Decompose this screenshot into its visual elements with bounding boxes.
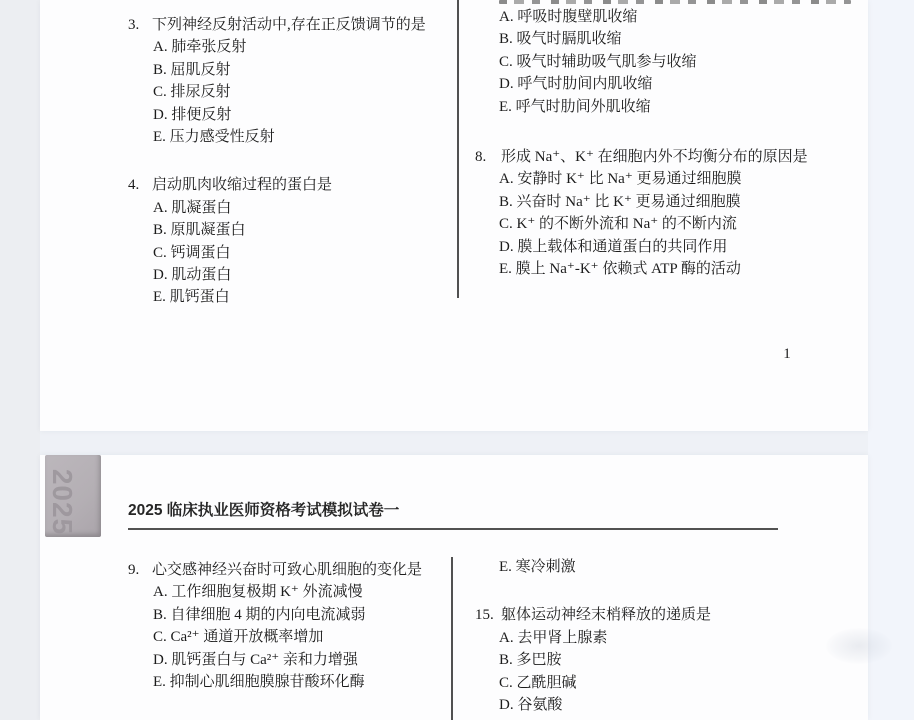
option-item: D. 呼气时肋间内肌收缩	[475, 73, 865, 95]
option-item: A. 肺牵张反射	[128, 36, 450, 58]
background-left-strip	[0, 0, 40, 720]
question-stem: 形成 Na⁺、K⁺ 在细胞内外不均衡分布的原因是	[501, 146, 853, 168]
option-item: A. 呼吸时腹壁肌收缩	[475, 6, 865, 28]
question-stem: 下列神经反射活动中,存在正反馈调节的是	[152, 14, 450, 36]
question-stem-row: 8. 形成 Na⁺、K⁺ 在细胞内外不均衡分布的原因是	[475, 146, 865, 168]
option-item: C. 钙调蛋白	[128, 242, 450, 264]
option-item: B. 原肌凝蛋白	[128, 219, 450, 241]
page2-header-title: 2025 临床执业医师资格考试模拟试卷一	[128, 501, 778, 521]
option-item: B. 多巴胺	[475, 649, 867, 671]
column-divider-page1	[457, 0, 459, 298]
page-number: 1	[775, 346, 799, 363]
page1-right-column: A. 呼吸时腹壁肌收缩 B. 吸气时膈肌收缩 C. 吸气时辅助吸气肌参与收缩 D…	[475, 6, 865, 280]
question-stem-row: 15. 躯体运动神经末梢释放的递质是	[475, 604, 867, 626]
question-4: 4. 启动肌肉收缩过程的蛋白是 A. 肌凝蛋白 B. 原肌凝蛋白 C. 钙调蛋白…	[128, 174, 450, 308]
option-item: B. 自律细胞 4 期的内向电流减弱	[128, 604, 450, 626]
option-item: D. 谷氨酸	[475, 694, 867, 716]
option-item: E. 压力感受性反射	[128, 126, 450, 148]
option-item: E. 抑制心肌细胞膜腺苷酸环化酶	[128, 671, 450, 693]
option-item: B. 兴奋时 Na⁺ 比 K⁺ 更易通过细胞膜	[475, 191, 865, 213]
option-item: A. 去甲肾上腺素	[475, 627, 867, 649]
option-item: D. 排便反射	[128, 104, 450, 126]
question-number: 9.	[128, 559, 146, 581]
question-number: 15.	[475, 604, 497, 626]
option-item: E. 呼气时肋间外肌收缩	[475, 96, 865, 118]
question-stem: 启动肌肉收缩过程的蛋白是	[152, 174, 450, 196]
page2-right-column: E. 寒冷刺激 15. 躯体运动神经末梢释放的递质是 A. 去甲肾上腺素 B. …	[475, 556, 867, 716]
option-item: A. 工作细胞复极期 K⁺ 外流减慢	[128, 581, 450, 603]
question-stem: 躯体运动神经末梢释放的递质是	[501, 604, 867, 626]
question-stem-row: 3. 下列神经反射活动中,存在正反馈调节的是	[128, 14, 450, 36]
question-number: 3.	[128, 14, 146, 36]
option-item: A. 肌凝蛋白	[128, 197, 450, 219]
question-8: 8. 形成 Na⁺、K⁺ 在细胞内外不均衡分布的原因是 A. 安静时 K⁺ 比 …	[475, 146, 865, 280]
scanned-exam-view: 3. 下列神经反射活动中,存在正反馈调节的是 A. 肺牵张反射 B. 屈肌反射 …	[0, 0, 914, 720]
year-side-tab: 2025	[45, 455, 101, 537]
option-item: D. 肌钙蛋白与 Ca²⁺ 亲和力增强	[128, 649, 450, 671]
header-rule	[128, 528, 778, 530]
option-item: C. Ca²⁺ 通道开放概率增加	[128, 626, 450, 648]
question-number: 8.	[475, 146, 497, 168]
question-stem: 心交感神经兴奋时可致心肌细胞的变化是	[152, 559, 450, 581]
option-item: C. 吸气时辅助吸气肌参与收缩	[475, 51, 865, 73]
side-tab-label: 2025	[46, 469, 78, 535]
page1-left-column: 3. 下列神经反射活动中,存在正反馈调节的是 A. 肺牵张反射 B. 屈肌反射 …	[128, 14, 450, 309]
option-item: E. 膜上 Na⁺-K⁺ 依赖式 ATP 酶的活动	[475, 258, 865, 280]
question-14-last-option: E. 寒冷刺激	[475, 556, 867, 578]
option-item: D. 肌动蛋白	[128, 264, 450, 286]
option-item: E. 肌钙蛋白	[128, 286, 450, 308]
question-9: 9. 心交感神经兴奋时可致心肌细胞的变化是 A. 工作细胞复极期 K⁺ 外流减慢…	[128, 559, 450, 693]
option-item: A. 安静时 K⁺ 比 Na⁺ 更易通过细胞膜	[475, 168, 865, 190]
option-item: B. 屈肌反射	[128, 59, 450, 81]
question-7-options: A. 呼吸时腹壁肌收缩 B. 吸气时膈肌收缩 C. 吸气时辅助吸气肌参与收缩 D…	[475, 6, 865, 118]
option-item: C. 排尿反射	[128, 81, 450, 103]
question-stem-row: 9. 心交感神经兴奋时可致心肌细胞的变化是	[128, 559, 450, 581]
question-stem-row: 4. 启动肌肉收缩过程的蛋白是	[128, 174, 450, 196]
faint-watermark	[826, 628, 892, 664]
column-divider-page2	[451, 557, 453, 720]
option-item: E. 寒冷刺激	[475, 556, 867, 578]
option-item: C. K⁺ 的不断外流和 Na⁺ 的不断内流	[475, 213, 865, 235]
question-15: 15. 躯体运动神经末梢释放的递质是 A. 去甲肾上腺素 B. 多巴胺 C. 乙…	[475, 604, 867, 716]
option-item: D. 膜上载体和通道蛋白的共同作用	[475, 236, 865, 258]
question-number: 4.	[128, 174, 146, 196]
option-item: C. 乙酰胆碱	[475, 672, 867, 694]
question-3: 3. 下列神经反射活动中,存在正反馈调节的是 A. 肺牵张反射 B. 屈肌反射 …	[128, 14, 450, 148]
option-item: B. 吸气时膈肌收缩	[475, 28, 865, 50]
page2-left-column: 9. 心交感神经兴奋时可致心肌细胞的变化是 A. 工作细胞复极期 K⁺ 外流减慢…	[128, 559, 450, 693]
background-right-strip	[868, 0, 914, 720]
clipped-text-sliver	[499, 0, 851, 4]
